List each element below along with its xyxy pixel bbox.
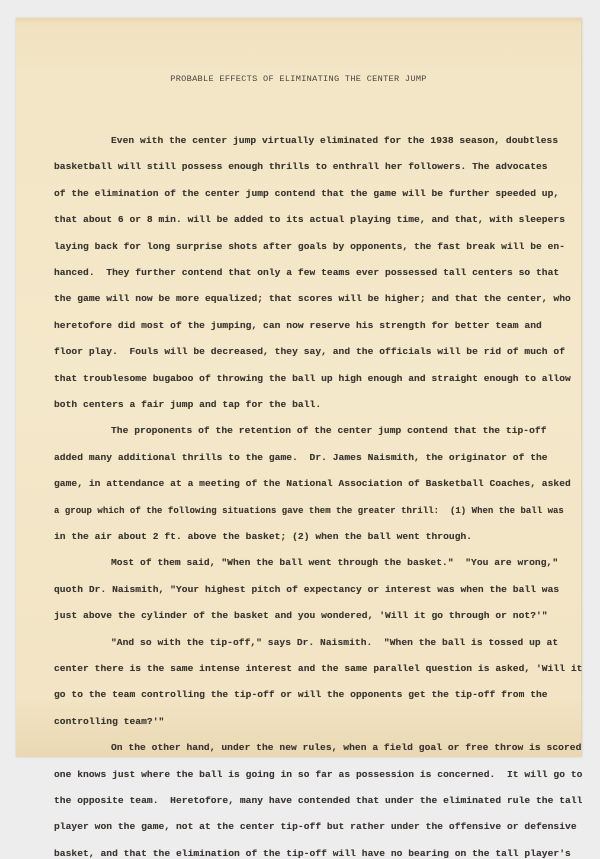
text-line: game, in attendance at a meeting of the …	[54, 478, 571, 489]
text-line: one knows just where the ball is going i…	[54, 769, 582, 780]
text-line: just above the cylinder of the basket an…	[54, 610, 548, 621]
text-line: both centers a fair jump and tap for the…	[54, 399, 321, 410]
text-line: Even with the center jump virtually elim…	[111, 135, 558, 146]
text-line: "And so with the tip-off," says Dr. Nais…	[111, 637, 558, 648]
text-line: that troublesome bugaboo of throwing the…	[54, 373, 571, 384]
text-line: controlling team?'"	[54, 716, 164, 727]
text-line: Most of them said, "When the ball went t…	[111, 557, 558, 568]
text-line: On the other hand, under the new rules, …	[111, 742, 581, 753]
text-line: The proponents of the retention of the c…	[111, 425, 547, 436]
text-line: the game will now be more equalized; tha…	[54, 293, 571, 304]
text-line: hanced. They further contend that only a…	[54, 267, 559, 278]
text-line: quoth Dr. Naismith, "Your highest pitch …	[54, 584, 559, 595]
text-line: of the elimination of the center jump co…	[54, 188, 559, 199]
text-line: added many additional thrills to the gam…	[54, 452, 548, 463]
text-line: floor play. Fouls will be decreased, the…	[54, 346, 565, 357]
typewritten-page: PROBABLE EFFECTS OF ELIMINATING THE CENT…	[16, 18, 582, 757]
text-line: heretofore did most of the jumping, can …	[54, 320, 542, 331]
text-line: center there is the same intense interes…	[54, 663, 582, 674]
text-line: that about 6 or 8 min. will be added to …	[54, 214, 565, 225]
text-line: in the air about 2 ft. above the basket;…	[54, 531, 472, 542]
text-line: laying back for long surprise shots afte…	[54, 241, 565, 252]
text-line: go to the team controlling the tip-off o…	[54, 689, 548, 700]
text-line: basketball will still possess enough thr…	[54, 161, 548, 172]
document-title: PROBABLE EFFECTS OF ELIMINATING THE CENT…	[16, 74, 581, 84]
text-line: a group which of the following situation…	[54, 505, 564, 516]
